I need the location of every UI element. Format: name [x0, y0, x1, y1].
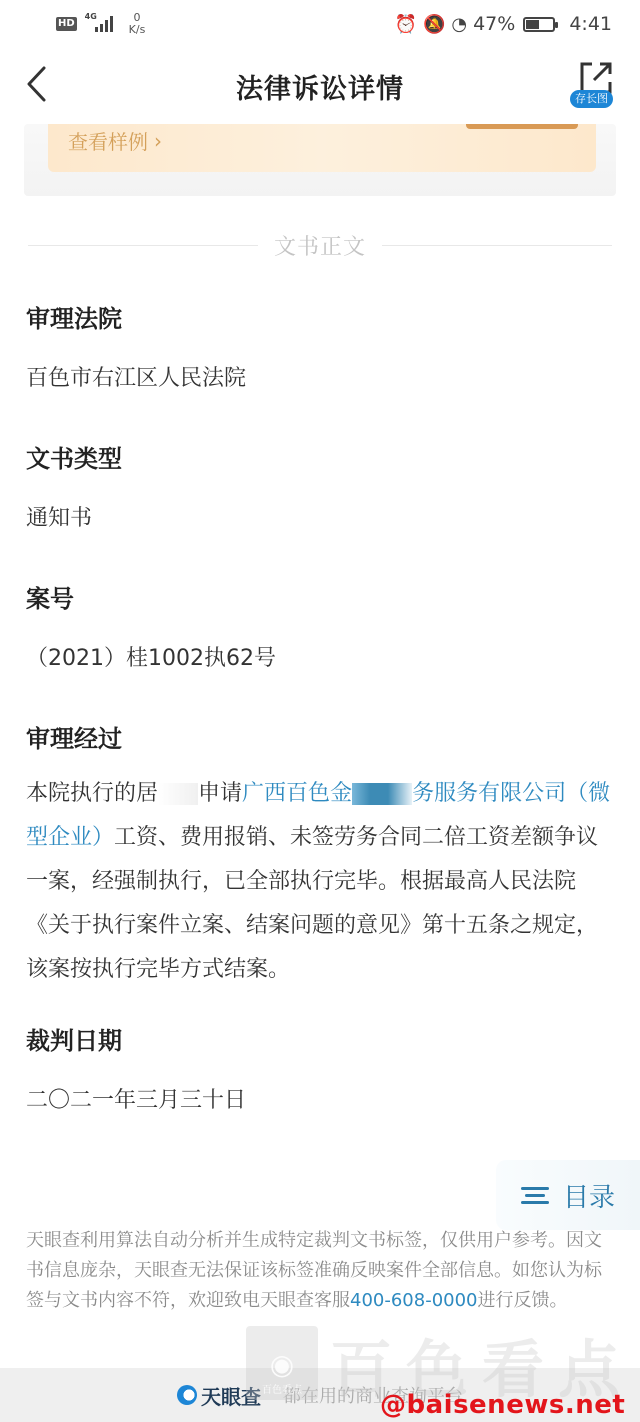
signal-icon: 4G — [85, 16, 113, 32]
status-left: HD 4G 0 K/s — [56, 12, 145, 36]
back-button[interactable] — [18, 64, 54, 104]
banner-button[interactable] — [466, 124, 578, 129]
nav-bar: 法律诉讼详情 存长图 — [0, 48, 640, 124]
section-title: 案号 — [26, 582, 618, 616]
speed-boost-icon: ◔ — [451, 14, 467, 35]
section-value: （2021）桂1002执62号 — [26, 642, 618, 676]
section-value: 二〇二一年三月三十日 — [26, 1084, 618, 1118]
battery-percent: 47% — [473, 13, 515, 35]
redacted-name — [158, 783, 198, 805]
section-judgment-date: 裁判日期 二〇二一年三月三十日 — [26, 1024, 618, 1118]
network-speed: 0 K/s — [129, 12, 146, 36]
footer: 天眼查 都在用的商业查询平台 — [0, 1368, 640, 1422]
brand-logo: 天眼查 — [177, 1381, 261, 1410]
redacted-company — [352, 783, 412, 805]
chevron-right-icon: › — [154, 129, 162, 153]
status-right: ⏰ 🔕 ◔ 47% 4:41 — [395, 13, 612, 35]
page-title: 法律诉讼详情 — [236, 67, 404, 106]
sample-banner: 查看样例 › — [24, 124, 616, 196]
disclaimer: 天眼查利用算法自动分析并生成特定裁判文书标签，仅供用户参考。因文书信息庞杂，天眼… — [26, 1226, 612, 1316]
tianyancha-logo-icon — [177, 1385, 197, 1405]
section-case-number: 案号 （2021）桂1002执62号 — [26, 582, 618, 676]
section-value: 通知书 — [26, 502, 618, 536]
section-court: 审理法院 百色市右江区人民法院 — [26, 302, 618, 396]
slogan: 都在用的商业查询平台 — [283, 1382, 463, 1408]
battery-icon — [523, 17, 555, 32]
section-title: 审理经过 — [26, 722, 618, 756]
status-bar: HD 4G 0 K/s ⏰ 🔕 ◔ 47% 4:41 — [0, 0, 640, 48]
divider-label: 文书正文 — [258, 230, 382, 261]
section-title: 审理法院 — [26, 302, 618, 336]
save-long-image-button[interactable]: 存长图 — [570, 60, 622, 110]
section-divider: 文书正文 — [28, 230, 612, 260]
alarm-icon: ⏰ — [395, 14, 417, 35]
list-icon — [521, 1185, 549, 1205]
section-proceedings: 审理经过 本院执行的居申请广西百色金务服务有限公司（微型企业）工资、费用报销、未… — [26, 722, 618, 992]
section-title: 文书类型 — [26, 442, 618, 476]
hotline-link[interactable]: 400-608-0000 — [350, 1290, 478, 1311]
mute-icon: 🔕 — [423, 14, 445, 35]
section-doc-type: 文书类型 通知书 — [26, 442, 618, 536]
section-title: 裁判日期 — [26, 1024, 618, 1058]
banner-card: 查看样例 › — [48, 124, 596, 172]
proceedings-text: 本院执行的居申请广西百色金务服务有限公司（微型企业）工资、费用报销、未签劳务合同… — [26, 772, 618, 992]
view-sample-link[interactable]: 查看样例 › — [68, 126, 162, 155]
catalog-button[interactable]: 目录 — [496, 1160, 640, 1230]
hd-icon: HD — [56, 17, 77, 31]
chevron-left-icon — [24, 65, 48, 103]
section-value: 百色市右江区人民法院 — [26, 362, 618, 396]
save-long-badge: 存长图 — [570, 90, 613, 108]
clock: 4:41 — [569, 13, 612, 35]
